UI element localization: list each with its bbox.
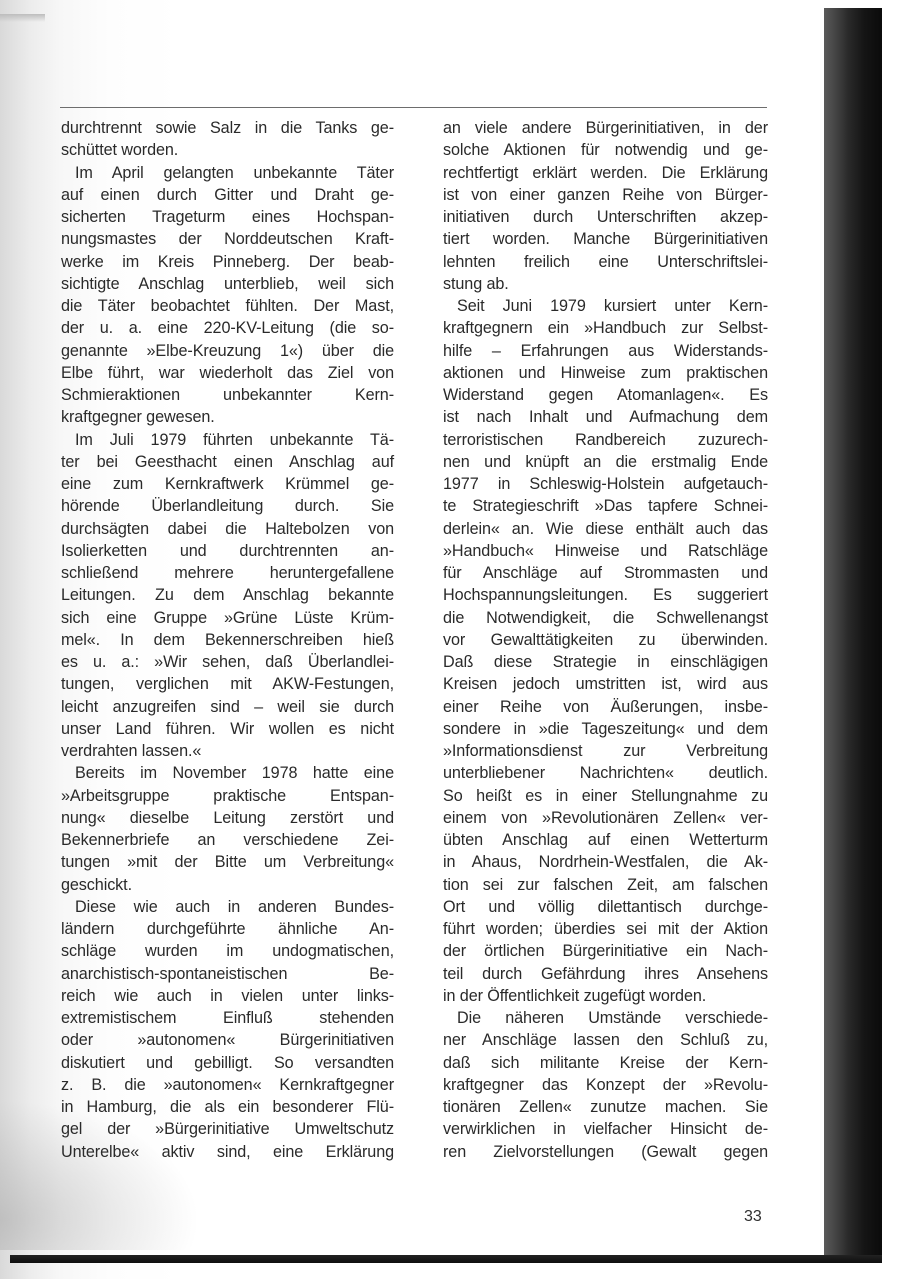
text-line: nung« dieselbe Leitung zerstört und <box>61 807 394 829</box>
text-line: sicherten Trageturm eines Hochspan- <box>61 206 394 228</box>
text-line: sich eine Gruppe »Grüne Lüste Krüm- <box>61 607 394 629</box>
text-line: verdrahten lassen.« <box>61 740 394 762</box>
text-line: tiert worden. Manche Bürgerinitiativen <box>443 228 768 250</box>
text-line: teil durch Gefährdung ihres Ansehens <box>443 963 768 985</box>
text-line: »Informationsdienst zur Verbreitung <box>443 740 768 762</box>
text-line: reich wie auch in vielen unter links- <box>61 985 394 1007</box>
text-line: 1977 in Schleswig-Holstein aufgetauch- <box>443 473 768 495</box>
text-line: extremistischem Einfluß stehenden <box>61 1007 394 1029</box>
text-line: lehnten freilich eine Unterschriftslei- <box>443 251 768 273</box>
text-line: Im April gelangten unbekannte Täter <box>61 162 394 184</box>
text-line: »Arbeitsgruppe praktische Entspan- <box>61 785 394 807</box>
text-line: vor Gewalttätigkeiten zu überwinden. <box>443 629 768 651</box>
text-line: Elbe führt, war wiederholt das Ziel von <box>61 362 394 384</box>
text-line: Ort und völlig dilettantisch durchge- <box>443 896 768 918</box>
text-line: unterbliebener Nachrichten« deutlich. <box>443 762 768 784</box>
text-line: durchsägten dabei die Haltebolzen von <box>61 518 394 540</box>
text-line: einem von »Revolutionären Zellen« ver- <box>443 807 768 829</box>
text-line: es u. a.: »Wir sehen, daß Überlandlei- <box>61 651 394 673</box>
text-line: tion sei zur falschen Zeit, am falschen <box>443 874 768 896</box>
text-line: für Anschläge auf Strommasten und <box>443 562 768 584</box>
text-line: durchtrennt sowie Salz in die Tanks ge- <box>61 117 394 139</box>
text-line: die Täter beobachtet fühlten. Der Mast, <box>61 295 394 317</box>
text-line: der u. a. eine 220-KV-Leitung (die so- <box>61 317 394 339</box>
text-line: in Hamburg, die als ein besonderer Flü- <box>61 1096 394 1118</box>
text-line: initiativen durch Unterschriften akzep- <box>443 206 768 228</box>
text-line: geschickt. <box>61 874 394 896</box>
scanned-page: durchtrennt sowie Salz in die Tanks ge-s… <box>0 0 900 1279</box>
scan-bottom-edge <box>10 1255 882 1263</box>
text-line: einer Reihe von Äußerungen, insbe- <box>443 696 768 718</box>
text-line: hörende Überlandleitung durch. Sie <box>61 495 394 517</box>
text-line: nungsmastes der Norddeutschen Kraft- <box>61 228 394 250</box>
text-line: terroristischen Randbereich zuzurech- <box>443 429 768 451</box>
text-line: Widerstand gegen Atomanlagen«. Es <box>443 384 768 406</box>
text-line: Die näheren Umstände verschiede- <box>443 1007 768 1029</box>
text-line: schüttet worden. <box>61 139 394 161</box>
text-line: kraftgegner gewesen. <box>61 406 394 428</box>
scan-edge-shadow <box>0 14 45 22</box>
text-line: ist von einer ganzen Reihe von Bürger- <box>443 184 768 206</box>
text-line: rechtfertigt erklärt werden. Die Erkläru… <box>443 162 768 184</box>
text-line: unser Land führen. Wir wollen es nicht <box>61 718 394 740</box>
text-line: ist nach Inhalt und Aufmachung dem <box>443 406 768 428</box>
page-number: 33 <box>744 1208 762 1226</box>
text-line: aktionen und Hinweise zum praktischen <box>443 362 768 384</box>
book-spine-shadow <box>824 8 882 1260</box>
text-line: Unterelbe« aktiv sind, eine Erklärung <box>61 1141 394 1163</box>
text-line: die Notwendigkeit, die Schwellenangst <box>443 607 768 629</box>
text-line: mel«. In dem Bekennerschreiben hieß <box>61 629 394 651</box>
text-line: te Strategieschrift »Das tapfere Schnei- <box>443 495 768 517</box>
text-line: stung ab. <box>443 273 768 295</box>
text-line: So heißt es in einer Stellungnahme zu <box>443 785 768 807</box>
text-line: oder »autonomen« Bürgerinitiativen <box>61 1029 394 1051</box>
text-line: werke im Kreis Pinneberg. Der beab- <box>61 251 394 273</box>
text-line: Bereits im November 1978 hatte eine <box>61 762 394 784</box>
text-line: diskutiert und gebilligt. So versandten <box>61 1052 394 1074</box>
text-line: sichtigte Anschlag unterblieb, weil sich <box>61 273 394 295</box>
text-line: tungen, verglichen mit AKW-Festungen, <box>61 673 394 695</box>
text-line: ren Zielvorstellungen (Gewalt gegen <box>443 1141 768 1163</box>
left-text-column: durchtrennt sowie Salz in die Tanks ge-s… <box>61 117 394 1163</box>
text-line: sondere in »die Tageszeitung« und dem <box>443 718 768 740</box>
text-line: gel der »Bürgerinitiative Umweltschutz <box>61 1118 394 1140</box>
text-line: Leitungen. Zu dem Anschlag bekannte <box>61 584 394 606</box>
text-line: Schmieraktionen unbekannter Kern- <box>61 384 394 406</box>
text-line: daß sich militante Kreise der Kern- <box>443 1052 768 1074</box>
text-line: kraftgegnern ein »Handbuch zur Selbst- <box>443 317 768 339</box>
text-line: anarchistisch-spontaneistischen Be- <box>61 963 394 985</box>
text-line: Im Juli 1979 führten unbekannte Tä- <box>61 429 394 451</box>
text-line: übten Anschlag auf einen Wetterturm <box>443 829 768 851</box>
text-line: an viele andere Bürgerinitiativen, in de… <box>443 117 768 139</box>
text-line: Isolierketten und durchtrennten an- <box>61 540 394 562</box>
text-line: ter bei Geesthacht einen Anschlag auf <box>61 451 394 473</box>
text-line: tungen »mit der Bitte um Verbreitung« <box>61 851 394 873</box>
text-line: genannte »Elbe-Kreuzung 1«) über die <box>61 340 394 362</box>
text-line: hilfe – Erfahrungen aus Widerstands- <box>443 340 768 362</box>
text-line: nen und knüpft an die erstmalig Ende <box>443 451 768 473</box>
text-line: verwirklichen in vielfacher Hinsicht de- <box>443 1118 768 1140</box>
text-line: schließend mehrere heruntergefallene <box>61 562 394 584</box>
text-line: führt worden; überdies sei mit der Aktio… <box>443 918 768 940</box>
text-line: derlein« an. Wie diese enthält auch das <box>443 518 768 540</box>
text-line: leicht anzugreifen sind – weil sie durch <box>61 696 394 718</box>
text-line: »Handbuch« Hinweise und Ratschläge <box>443 540 768 562</box>
text-line: kraftgegner das Konzept der »Revolu- <box>443 1074 768 1096</box>
text-line: Kreisen jedoch umstritten ist, wird aus <box>443 673 768 695</box>
right-text-column: an viele andere Bürgerinitiativen, in de… <box>443 117 768 1163</box>
text-line: ländern durchgeführte ähnliche An- <box>61 918 394 940</box>
text-line: in der Öffentlichkeit zugefügt worden. <box>443 985 768 1007</box>
header-rule <box>60 107 767 108</box>
text-line: z. B. die »autonomen« Kernkraftgegner <box>61 1074 394 1096</box>
text-line: Daß diese Strategie in einschlägigen <box>443 651 768 673</box>
text-line: auf einen durch Gitter und Draht ge- <box>61 184 394 206</box>
text-line: eine zum Kernkraftwerk Krümmel ge- <box>61 473 394 495</box>
text-line: Seit Juni 1979 kursiert unter Kern- <box>443 295 768 317</box>
text-line: ner Anschläge lassen den Schluß zu, <box>443 1029 768 1051</box>
text-line: Bekennerbriefe an verschiedene Zei- <box>61 829 394 851</box>
text-line: in Ahaus, Nordrhein-Westfalen, die Ak- <box>443 851 768 873</box>
text-line: Hochspannungsleitungen. Es suggeriert <box>443 584 768 606</box>
text-line: schläge wurden im undogmatischen, <box>61 940 394 962</box>
text-line: solche Aktionen für notwendig und ge- <box>443 139 768 161</box>
text-line: Diese wie auch in anderen Bundes- <box>61 896 394 918</box>
text-line: der örtlichen Bürgerinitiative ein Nach- <box>443 940 768 962</box>
text-line: tionären Zellen« zunutze machen. Sie <box>443 1096 768 1118</box>
